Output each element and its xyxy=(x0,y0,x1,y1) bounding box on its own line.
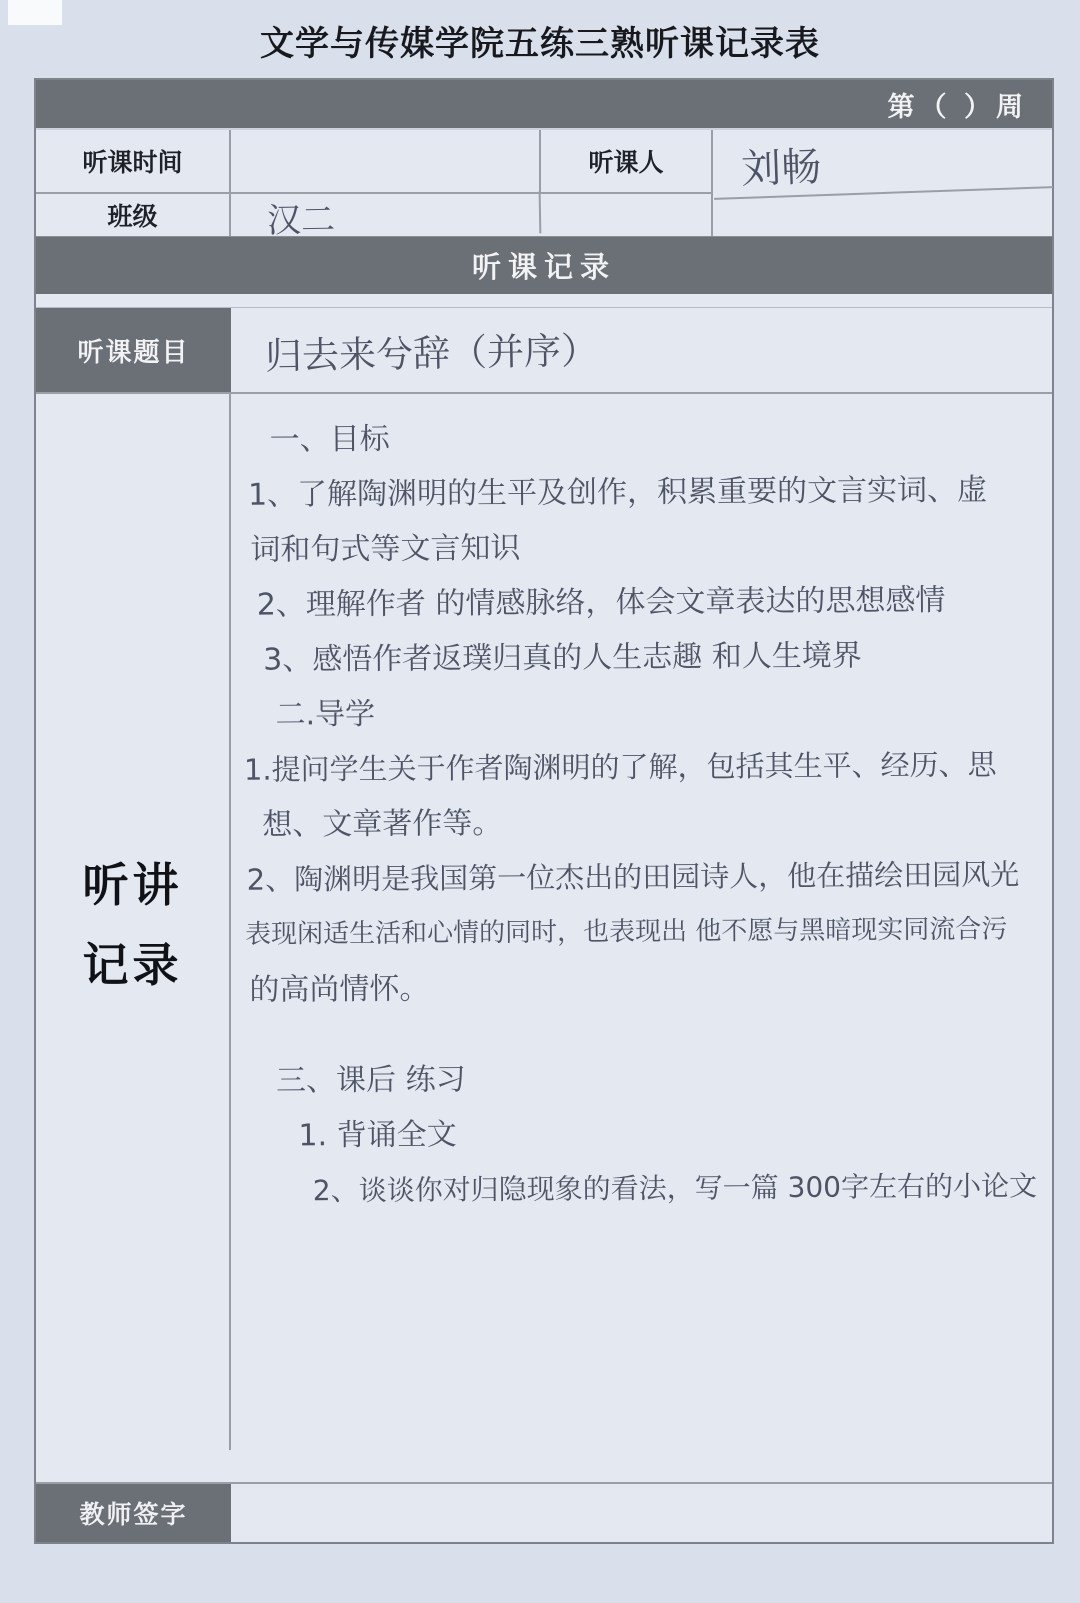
empty-narrow-row xyxy=(36,1450,1052,1484)
spacer-row xyxy=(36,294,1052,308)
empty-cell-2 xyxy=(713,194,1052,236)
topic-row: 听课题目 归去来兮辞（并序） xyxy=(36,308,1052,394)
record-table: 第（ ）周 听课时间 听课人 刘畅 班级 汉二 听课记录 听课题目 归去来兮辞（… xyxy=(34,78,1054,1544)
note-line: 1、了解陶渊明的生平及创作，积累重要的文言实词、虚 xyxy=(248,462,1043,523)
topic-label-cell: 听课题目 xyxy=(36,308,231,392)
time-label-cell: 听课时间 xyxy=(36,130,231,194)
note-line: 2、谈谈你对归隐现象的看法，写一篇 300字左右的小论文 xyxy=(313,1158,1048,1218)
signature-label-cell: 教师签字 xyxy=(36,1484,231,1542)
listener-label-cell: 听课人 xyxy=(541,130,713,194)
notes-content-cell: 一、目标1、了解陶渊明的生平及创作，积累重要的文言实词、虚词和句式等文言知识2、… xyxy=(227,391,1055,1453)
notes-label-cell: 听讲 记录 xyxy=(36,394,231,1450)
note-line: 3、感悟作者返璞归真的人生志趣 和人生境界 xyxy=(263,627,1044,687)
notes-label-line1: 听讲 xyxy=(83,849,183,915)
note-line: 一、目标 xyxy=(269,407,1042,467)
note-line: 三、课后 练习 xyxy=(276,1048,1047,1108)
week-header-bar: 第（ ）周 xyxy=(36,80,1052,130)
note-line: 2、理解作者 的情感脉络，体会文章表达的思想感情 xyxy=(257,572,1044,632)
listener-value-cell: 刘畅 xyxy=(712,124,1053,200)
note-line: 表现闲适生活和心情的同时，也表现出 他不愿与黑暗现实同流合污 xyxy=(245,902,1046,963)
record-section-header: 听课记录 xyxy=(36,236,1052,294)
notes-label-line2: 记录 xyxy=(83,929,183,995)
info-table: 听课时间 听课人 刘畅 班级 汉二 xyxy=(36,130,1052,236)
note-line: 2、陶渊明是我国第一位杰出的田园诗人，他在描绘田园风光 xyxy=(247,847,1046,908)
lecture-notes-row: 听讲 记录 一、目标1、了解陶渊明的生平及创作，积累重要的文言实词、虚词和句式等… xyxy=(36,394,1052,1450)
note-line: 想、文章著作等。 xyxy=(262,792,1045,852)
empty-cell-1 xyxy=(541,194,713,236)
topic-handwriting: 归去来兮辞（并序） xyxy=(265,320,599,380)
topic-value-cell: 归去来兮辞（并序） xyxy=(231,308,1052,392)
note-line: 的高尚情怀。 xyxy=(249,957,1046,1018)
class-label-cell: 班级 xyxy=(36,194,231,236)
note-line: 1.提问学生关于作者陶渊明的了解，包括其生平、经历、思 xyxy=(244,737,1045,798)
class-value-cell: 汉二 xyxy=(231,191,542,238)
note-line: 1. 背诵全文 xyxy=(298,1103,1047,1163)
note-line: 二.导学 xyxy=(275,682,1044,742)
page-title: 文学与传媒学院五练三熟听课记录表 xyxy=(0,16,1080,65)
record-section-label: 听课记录 xyxy=(472,245,616,286)
note-line: 词和句式等文言知识 xyxy=(250,517,1043,578)
form-page: 文学与传媒学院五练三熟听课记录表 第（ ）周 听课时间 听课人 刘畅 班级 汉二… xyxy=(0,0,1080,1603)
signature-row: 教师签字 xyxy=(36,1484,1052,1542)
week-label: 第（ ）周 xyxy=(887,85,1028,124)
time-value-cell xyxy=(231,130,541,194)
signature-field xyxy=(231,1484,1052,1542)
